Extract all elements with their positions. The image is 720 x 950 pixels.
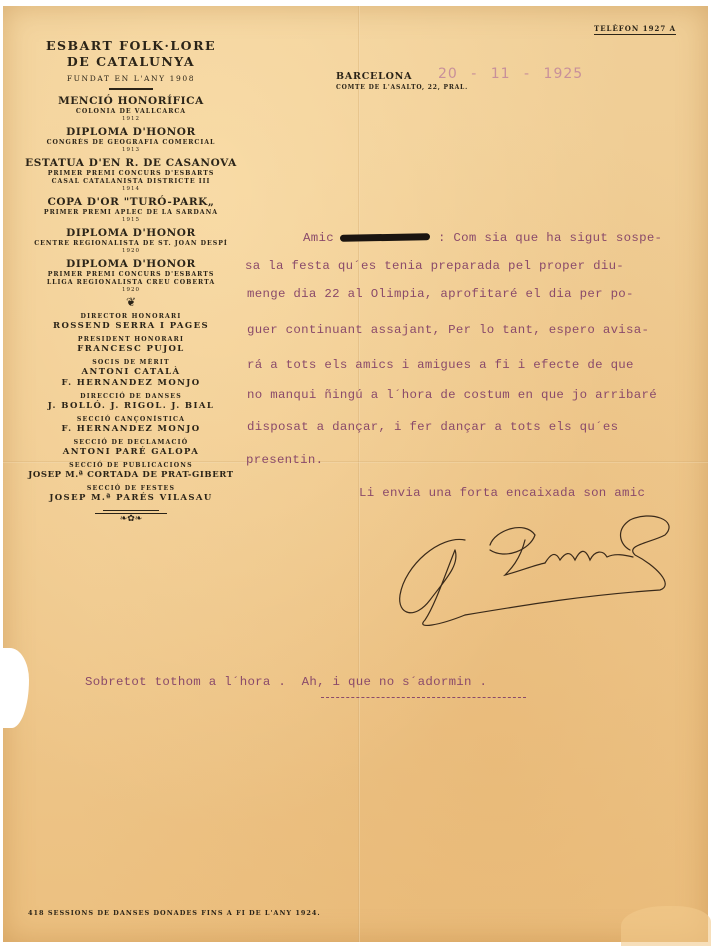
footer-note: 418 SESSIONS DE DANSES DONADES FINS A FI… xyxy=(28,909,321,917)
vertical-fold xyxy=(358,6,360,942)
role-name: J. BOLLÓ. J. RIGOL. J. BIAL xyxy=(20,401,242,412)
signature xyxy=(385,505,675,635)
letter-line: guer continuant assajant, Per lo tant, e… xyxy=(247,316,649,344)
award-title: COPA D'OR "TURÓ-PARK„ xyxy=(20,196,242,209)
award-year: 1920 xyxy=(20,248,242,255)
role-name: ROSSEND SERRA I PAGES xyxy=(20,321,242,332)
award-sub: COLONIA DE VALLCARCA xyxy=(20,108,242,116)
role-name: FRANCESC PUJOL xyxy=(20,344,242,355)
end-ornament: ❧✿❧ xyxy=(95,510,167,524)
redacted-name xyxy=(340,233,430,242)
award-sub: CENTRE REGIONALISTA DE ST. JOAN DESPÍ xyxy=(20,240,242,248)
award: ESTATUA D'EN R. DE CASANOVA PRIMER PREMI… xyxy=(20,157,242,193)
org-name-line2: DE CATALUNYA xyxy=(20,54,242,70)
letter-line: disposat a dançar, i fer dançar a tots e… xyxy=(247,413,618,441)
award-year: 1912 xyxy=(20,116,242,123)
letter-line: menge dia 22 al Olimpia, aprofitaré el d… xyxy=(247,280,634,308)
award-year: 1920 xyxy=(20,287,242,294)
role-title: SECCIÓ DE PUBLICACIONS xyxy=(20,461,242,470)
award-title: DIPLOMA D'HONOR xyxy=(20,227,242,240)
role-block: PRESIDENT HONORARI FRANCESC PUJOL xyxy=(20,335,242,355)
city: BARCELONA xyxy=(336,71,412,82)
role-title: SECCIÓ CANÇONÍSTICA xyxy=(20,415,242,424)
role-title: SECCIÓ DE DECLAMACIÓ xyxy=(20,438,242,447)
award-year: 1915 xyxy=(20,217,242,224)
flourish-icon: ❧✿❧ xyxy=(95,515,167,524)
role-block: DIRECTOR HONORARI ROSSEND SERRA I PAGES xyxy=(20,312,242,332)
org-name-line1: ESBART FOLK·LORE xyxy=(20,38,242,54)
role-block: SECCIÓ DE PUBLICACIONS JOSEP M.ª CORTADA… xyxy=(20,461,242,481)
award-title: ESTATUA D'EN R. DE CASANOVA xyxy=(20,157,242,170)
role-name: ANTONI PARÉ GALOPA xyxy=(20,447,242,458)
salutation: Amic xyxy=(303,231,334,245)
postscript: Sobretot tothom a l´hora . Ah, i que no … xyxy=(85,675,487,689)
role-title: SECCIÓ DE FESTES xyxy=(20,484,242,493)
founded-line: FUNDAT EN L'ANY 1908 xyxy=(20,74,242,83)
award-title: DIPLOMA D'HONOR xyxy=(20,126,242,139)
award-sub: LLIGA REGIONALISTA CREU COBERTA xyxy=(20,279,242,287)
role-name: F. HERNANDEZ MONJO xyxy=(20,424,242,435)
role-name: F. HERNANDEZ MONJO xyxy=(20,378,242,389)
letter-line: rá a tots els amics i amigues a fi i efe… xyxy=(247,351,634,379)
award-title: MENCIÓ HONORÍFICA xyxy=(20,95,242,108)
letter-line: sa la festa qu´es tenia preparada pel pr… xyxy=(245,252,624,280)
divider xyxy=(109,88,153,90)
ornament-icon: ❦ xyxy=(20,296,242,308)
award-title: DIPLOMA D'HONOR xyxy=(20,258,242,271)
date-stamp: 20 - 11 - 1925 xyxy=(438,66,583,82)
role-title: DIRECCIÓ DE DANSES xyxy=(20,392,242,401)
award-sub: PRIMER PREMI CONCURS D'ESBARTS xyxy=(20,271,242,279)
role-name: JOSEP M.ª PARÉS VILASAU xyxy=(20,493,242,504)
role-block: SECCIÓ DE FESTES JOSEP M.ª PARÉS VILASAU xyxy=(20,484,242,504)
award-sub: CONGRÈS DE GEOGRAFIA COMERCIAL xyxy=(20,139,242,147)
role-block: SECCIÓ CANÇONÍSTICA F. HERNANDEZ MONJO xyxy=(20,415,242,435)
award-year: 1913 xyxy=(20,147,242,154)
role-name: JOSEP M.ª CORTADA DE PRAT-GIBERT xyxy=(20,470,242,481)
letter-line: no manqui ñingú a l´hora de costum en qu… xyxy=(247,381,657,409)
role-block: DIRECCIÓ DE DANSES J. BOLLÓ. J. RIGOL. J… xyxy=(20,392,242,412)
role-title: PRESIDENT HONORARI xyxy=(20,335,242,344)
award-sub: PRIMER PREMI CONCURS D'ESBARTS xyxy=(20,170,242,178)
letter-line: Amic: Com sia que ha sigut sospe- xyxy=(303,224,662,252)
closing-line: Li envia una forta encaixada son amic xyxy=(359,479,645,507)
address: COMTE DE L'ASALTO, 22, PRAL. xyxy=(336,84,468,91)
award: DIPLOMA D'HONOR CENTRE REGIONALISTA DE S… xyxy=(20,227,242,255)
letterhead: ESBART FOLK·LORE DE CATALUNYA FUNDAT EN … xyxy=(20,38,242,524)
role-block: SECCIÓ DE DECLAMACIÓ ANTONI PARÉ GALOPA xyxy=(20,438,242,458)
letter-line: presentin. xyxy=(246,446,323,474)
divider xyxy=(103,510,159,511)
role-title: SOCIS DE MÈRIT xyxy=(20,358,242,367)
award-sub: PRIMER PREMI APLEC DE LA SARDANA xyxy=(20,209,242,217)
letter-text: : Com sia que ha sigut sospe- xyxy=(438,231,662,245)
underline xyxy=(321,697,526,698)
phone-number: TELÈFON 1927 A xyxy=(594,24,676,35)
award: DIPLOMA D'HONOR CONGRÈS DE GEOGRAFIA COM… xyxy=(20,126,242,154)
paper-stain xyxy=(621,906,711,946)
award: COPA D'OR "TURÓ-PARK„ PRIMER PREMI APLEC… xyxy=(20,196,242,224)
award: MENCIÓ HONORÍFICA COLONIA DE VALLCARCA 1… xyxy=(20,95,242,123)
role-name: ANTONI CATALÀ xyxy=(20,367,242,378)
award-year: 1914 xyxy=(20,186,242,193)
award-sub: CASAL CATALANISTA DISTRICTE III xyxy=(20,178,242,186)
role-block: SOCIS DE MÈRIT ANTONI CATALÀ F. HERNANDE… xyxy=(20,358,242,389)
award: DIPLOMA D'HONOR PRIMER PREMI CONCURS D'E… xyxy=(20,258,242,294)
role-title: DIRECTOR HONORARI xyxy=(20,312,242,321)
